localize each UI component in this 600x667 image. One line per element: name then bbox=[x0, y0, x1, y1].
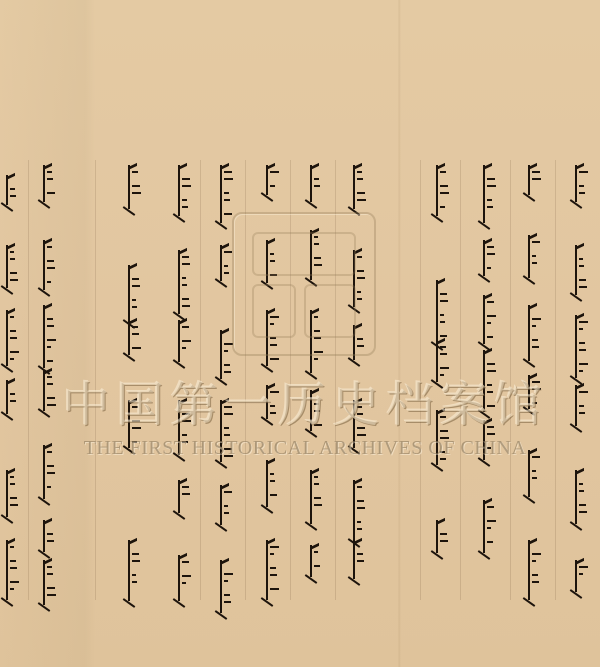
manchu-word bbox=[220, 560, 236, 613]
seal-inner-frame bbox=[252, 284, 296, 338]
manchu-word bbox=[128, 400, 144, 448]
script-column bbox=[524, 0, 546, 667]
script-column bbox=[39, 0, 61, 667]
manchu-word bbox=[528, 450, 544, 497]
manchu-word bbox=[575, 385, 591, 426]
manchu-word bbox=[6, 175, 22, 205]
script-column bbox=[174, 0, 196, 667]
manchu-word bbox=[310, 545, 326, 577]
manchu-word bbox=[43, 165, 59, 202]
manchu-word bbox=[178, 480, 194, 513]
manchu-word bbox=[353, 165, 369, 209]
manchu-word bbox=[528, 165, 544, 195]
manchu-word bbox=[310, 165, 326, 202]
manchu-word bbox=[528, 235, 544, 278]
manchu-word bbox=[43, 560, 59, 605]
manchu-word bbox=[6, 310, 22, 366]
manchu-word bbox=[528, 540, 544, 600]
manchu-word bbox=[220, 485, 236, 525]
manchu-word bbox=[266, 540, 282, 600]
manchu-word bbox=[483, 295, 499, 344]
manchu-word bbox=[6, 245, 22, 288]
manchu-word bbox=[575, 560, 591, 592]
manchu-word bbox=[128, 540, 144, 601]
manchu-word bbox=[575, 315, 591, 378]
manchu-word bbox=[575, 165, 591, 202]
manchu-word bbox=[436, 520, 452, 553]
manchu-word bbox=[6, 380, 22, 414]
manchu-word bbox=[353, 400, 369, 448]
manchu-word bbox=[483, 165, 499, 223]
manchu-word bbox=[266, 385, 282, 419]
manchu-word bbox=[266, 460, 282, 507]
manchu-word bbox=[528, 305, 544, 361]
manchu-word bbox=[353, 540, 369, 579]
manchu-word bbox=[436, 165, 452, 216]
ruled-line bbox=[555, 160, 556, 600]
ruled-line bbox=[460, 160, 461, 600]
manchu-word bbox=[6, 470, 22, 517]
ruled-line bbox=[95, 160, 96, 600]
manchu-word bbox=[575, 245, 591, 295]
manchu-word bbox=[178, 555, 194, 601]
manchu-word bbox=[128, 165, 144, 209]
script-column bbox=[479, 0, 501, 667]
manchu-word bbox=[310, 390, 326, 431]
manchu-word bbox=[43, 370, 59, 411]
script-column bbox=[124, 0, 146, 667]
manchu-word bbox=[128, 265, 144, 322]
manchu-word bbox=[6, 540, 22, 600]
ruled-line bbox=[200, 160, 201, 600]
manchu-word bbox=[436, 280, 452, 344]
script-column bbox=[2, 0, 24, 667]
manchu-word bbox=[483, 500, 499, 553]
manchu-word bbox=[43, 305, 59, 368]
archive-seal-icon bbox=[232, 212, 376, 356]
manchu-word bbox=[483, 350, 499, 412]
manchu-word bbox=[266, 165, 282, 195]
manchu-word bbox=[528, 375, 544, 409]
ruled-line bbox=[420, 160, 421, 600]
ruled-line bbox=[28, 160, 29, 600]
manchu-word bbox=[43, 520, 59, 552]
manchu-word bbox=[43, 240, 59, 290]
manchu-word bbox=[43, 445, 59, 499]
manchu-word bbox=[128, 320, 144, 355]
manchu-word bbox=[575, 470, 591, 524]
manchu-word bbox=[178, 165, 194, 216]
ruled-line bbox=[510, 160, 511, 600]
script-column bbox=[571, 0, 593, 667]
manchu-word bbox=[220, 400, 236, 462]
seal-inner-frame bbox=[252, 232, 356, 276]
manchu-word bbox=[436, 340, 452, 382]
manuscript-page: 中国第一历史档案馆 THE FIRST HISTORICAL ARCHIVES … bbox=[0, 0, 600, 667]
manchu-word bbox=[310, 470, 326, 524]
manchu-word bbox=[483, 240, 499, 276]
manchu-word bbox=[353, 480, 369, 541]
manchu-word bbox=[178, 320, 194, 362]
seal-inner-frame bbox=[304, 284, 356, 338]
manchu-word bbox=[178, 400, 194, 455]
manchu-word bbox=[178, 250, 194, 314]
manchu-word bbox=[436, 410, 452, 465]
manchu-word bbox=[483, 420, 499, 460]
script-column bbox=[432, 0, 454, 667]
